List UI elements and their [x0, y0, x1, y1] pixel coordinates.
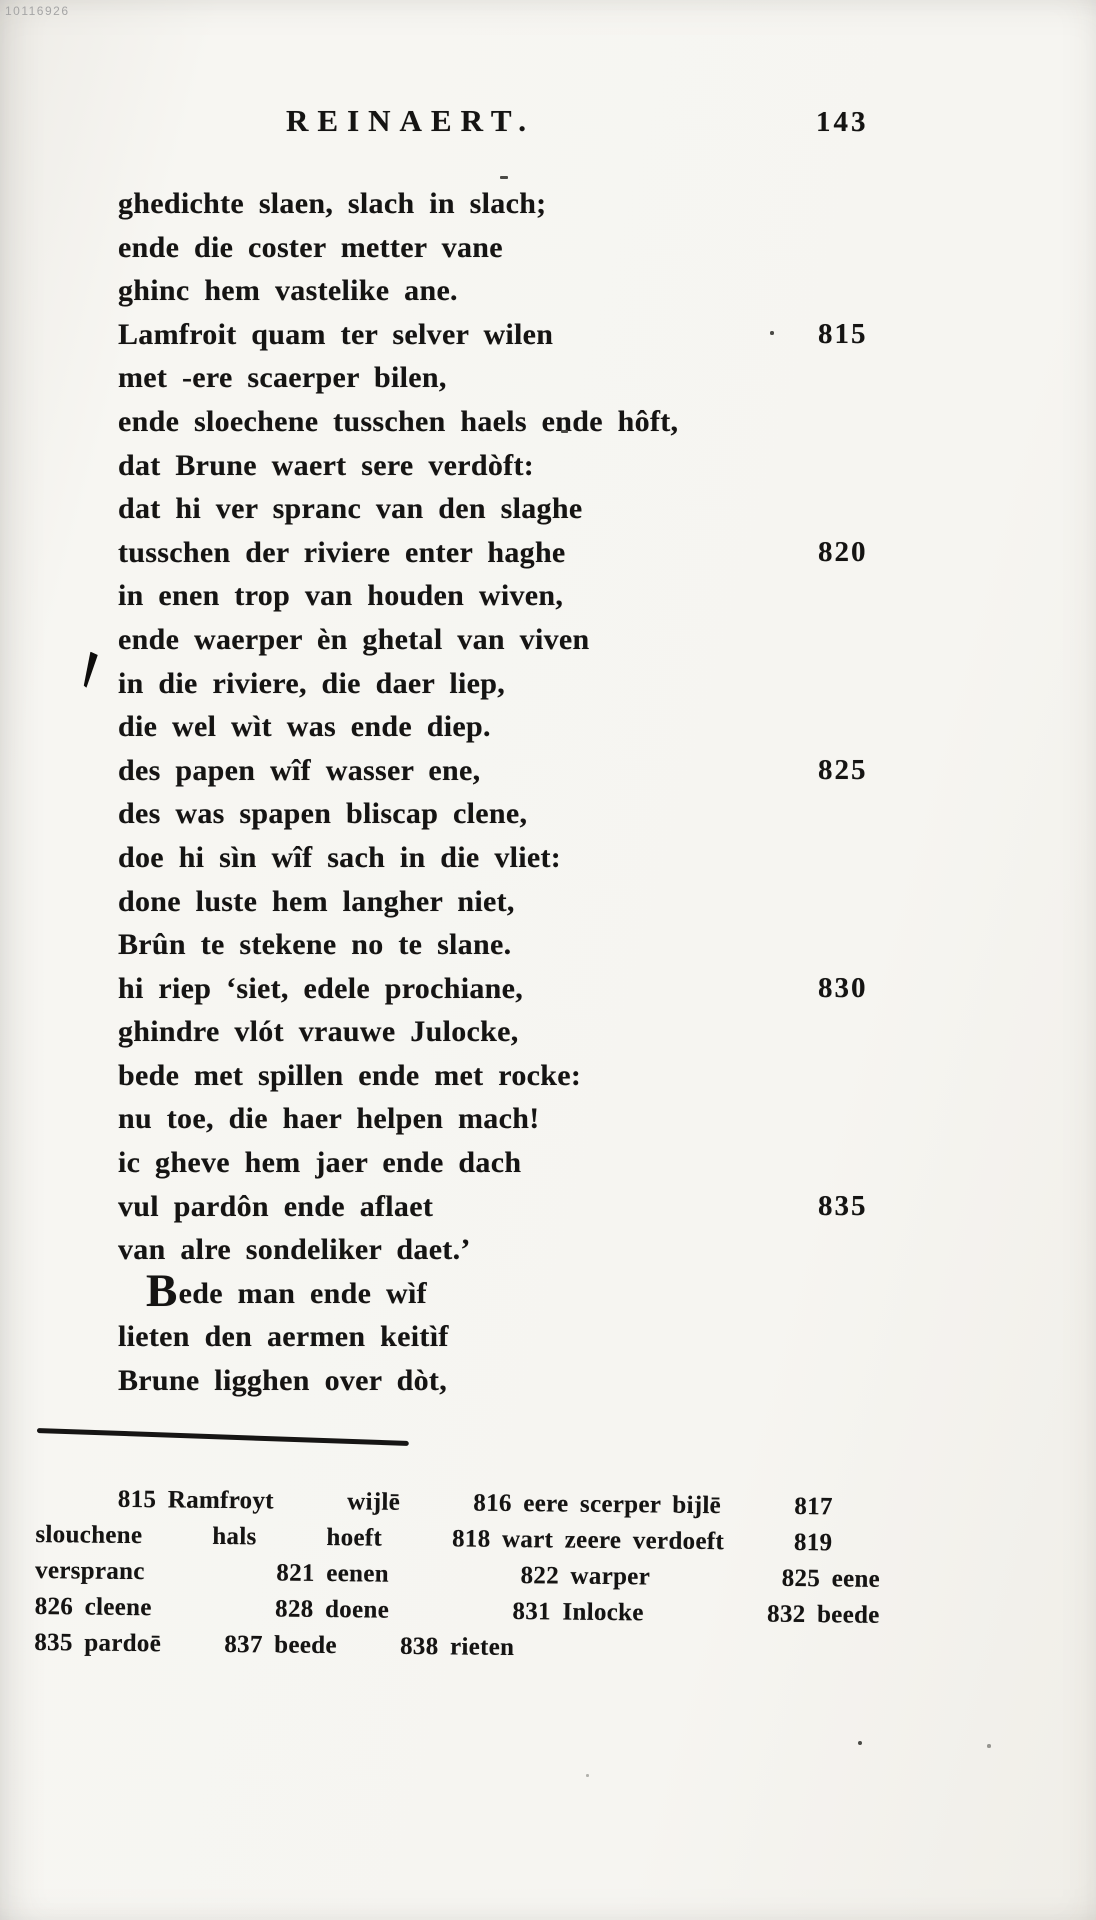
poem-line: hi riep ‘siet, edele prochiane,830: [118, 967, 918, 1011]
verse-text: ghinc hem vastelike ane.: [118, 274, 458, 307]
ink-speck: [858, 1741, 862, 1745]
poem-line: van alre sondeliker daet.’: [118, 1228, 918, 1272]
footnote-item: 835 pardoē: [34, 1628, 161, 1665]
poem-line: in die riviere, die daer liep,: [118, 662, 918, 706]
poem-line: Brûn te stekene no te slane.: [118, 923, 918, 967]
verse-text: Brûn te stekene no te slane.: [118, 928, 511, 961]
verse-text: ende die coster metter vane: [118, 231, 503, 264]
footnote-item: 818 wart zeere verdoeft: [452, 1524, 724, 1563]
page-number: 143: [816, 106, 869, 139]
footnote-divider-rule: [37, 1428, 409, 1445]
verse-text: doe hi sìn wîf sach in die vliet:: [118, 841, 561, 874]
ink-speck: [500, 176, 508, 179]
footnote-item: 826 cleene: [34, 1592, 151, 1629]
poem-line: des was spapen bliscap clene,: [118, 792, 918, 836]
poem-line: des papen wîf wasser ene,825: [118, 749, 918, 793]
footnote-item: 822 warper: [520, 1561, 650, 1598]
verse-text: des was spapen bliscap clene,: [118, 797, 527, 830]
verse-text: dat Brune waert sere verdòft:: [118, 449, 534, 482]
footnote-item: 825 eene: [781, 1564, 880, 1601]
verse-text: Lamfroit quam ter selver wilen: [118, 318, 553, 351]
poem-line: ghinc hem vastelike ane.: [118, 269, 918, 313]
poem-line: ic gheve hem jaer ende dach: [118, 1141, 918, 1185]
verse-text: ic gheve hem jaer ende dach: [118, 1146, 521, 1179]
verse-text: done luste hem langher niet,: [118, 885, 515, 918]
poem-line: Bede man ende wìf: [146, 1272, 918, 1316]
footnote-item: verspranc: [35, 1556, 145, 1593]
footnote-item: 816 eere scerper bijlē: [473, 1489, 721, 1528]
footnote-item: 815 Ramfroyt: [118, 1485, 274, 1523]
poem-line: lieten den aermen keitìf: [118, 1315, 918, 1359]
poem-line: dat hi ver spranc van den slaghe: [118, 487, 918, 531]
verse-text: nu toe, die haer helpen mach!: [118, 1102, 539, 1135]
poem-line: ghedichte slaen, slach in slach;: [118, 182, 918, 226]
scanned-book-page: 10116926 REINAERT. 143 ghedichte slaen, …: [0, 0, 1096, 1920]
footnote-item: 828 doene: [275, 1595, 389, 1632]
verse-text: bede met spillen ende met rocke:: [118, 1059, 581, 1092]
poem-line: ghindre vlót vrauwe Julocke,: [118, 1010, 918, 1054]
verse-text: Brune ligghen over dòt,: [118, 1364, 447, 1397]
verse-text: vul pardôn ende aflaet: [118, 1190, 433, 1223]
poem-line: doe hi sìn wîf sach in die vliet:: [118, 836, 918, 880]
footnote-item: 831 Inlocke: [512, 1597, 644, 1634]
poem-line: tusschen der riviere enter haghe820: [118, 531, 918, 575]
poem-line: in enen trop van houden wiven,: [118, 574, 918, 618]
footnote-row: 835 pardoē837 beede838 rieten: [34, 1628, 514, 1669]
footnote-item: wijlē: [347, 1487, 400, 1524]
poem-line: Brune ligghen over dòt,: [118, 1359, 918, 1403]
verse-number: 835: [818, 1185, 918, 1229]
verse-number: 820: [818, 531, 918, 575]
ink-speck: [561, 430, 568, 433]
margin-mark: [80, 651, 99, 689]
poem-line: vul pardôn ende aflaet835: [118, 1185, 918, 1229]
page-title: REINAERT.: [286, 103, 535, 139]
footnote-item: 817: [794, 1492, 833, 1528]
poem-line: ende die coster metter vane: [118, 226, 918, 270]
poem-line: die wel wìt was ende diep.: [118, 705, 918, 749]
poem-line: ende waerper èn ghetal van viven: [118, 618, 918, 662]
verse-text: ende sloechene tusschen haels ende hôft,: [118, 405, 678, 438]
verse-text: des papen wîf wasser ene,: [118, 754, 480, 787]
footnote-item: slouchene: [35, 1520, 142, 1557]
verse-text: ghindre vlót vrauwe Julocke,: [118, 1015, 519, 1048]
verse-text: ende waerper èn ghetal van viven: [118, 623, 590, 656]
footnote-item: 821 eenen: [276, 1559, 389, 1596]
poem-line: done luste hem langher niet,: [118, 880, 918, 924]
verse-text: lieten den aermen keitìf: [118, 1320, 449, 1353]
running-head: REINAERT. 143: [0, 0, 1096, 150]
verse-text: ghedichte slaen, slach in slach;: [118, 187, 546, 220]
footnote-item: 819: [794, 1528, 833, 1564]
verse-text: in enen trop van houden wiven,: [118, 579, 563, 612]
ink-speck: [770, 331, 774, 335]
drop-initial: B: [146, 1276, 178, 1306]
poem-line: ende sloechene tusschen haels ende hôft,: [118, 400, 918, 444]
verse-number: 825: [818, 749, 918, 793]
footnote-item: hoeft: [326, 1523, 382, 1560]
verse-text: tusschen der riviere enter haghe: [118, 536, 566, 569]
verse-text: hi riep ‘siet, edele prochiane,: [118, 972, 523, 1005]
verse-number: 830: [818, 967, 918, 1011]
footnote-item: 838 rieten: [400, 1632, 515, 1669]
verse-text: Bede man ende wìf: [146, 1277, 427, 1310]
poem-line: met -ere scaerper bilen,: [118, 356, 918, 400]
footnotes-block: 815 Ramfroytwijlē816 eere scerper bijlē8…: [34, 1484, 881, 1673]
poem-line: Lamfroit quam ter selver wilen815: [118, 313, 918, 357]
footnote-item: hals: [212, 1522, 257, 1558]
ink-speck: [987, 1744, 991, 1748]
poem-text-block: ghedichte slaen, slach in slach;ende die…: [118, 182, 918, 1403]
verse-text: van alre sondeliker daet.’: [118, 1233, 471, 1266]
verse-number: 815: [818, 313, 918, 357]
footnote-item: 837 beede: [224, 1630, 337, 1667]
verse-text: met -ere scaerper bilen,: [118, 361, 447, 394]
poem-line: bede met spillen ende met rocke:: [118, 1054, 918, 1098]
verse-text: dat hi ver spranc van den slaghe: [118, 492, 582, 525]
verse-text: die wel wìt was ende diep.: [118, 710, 491, 743]
verse-text: in die riviere, die daer liep,: [118, 667, 505, 700]
poem-line: dat Brune waert sere verdòft:: [118, 444, 918, 488]
poem-line: nu toe, die haer helpen mach!: [118, 1097, 918, 1141]
ink-speck: [586, 1774, 589, 1777]
footnote-item: 832 beede: [767, 1600, 880, 1637]
